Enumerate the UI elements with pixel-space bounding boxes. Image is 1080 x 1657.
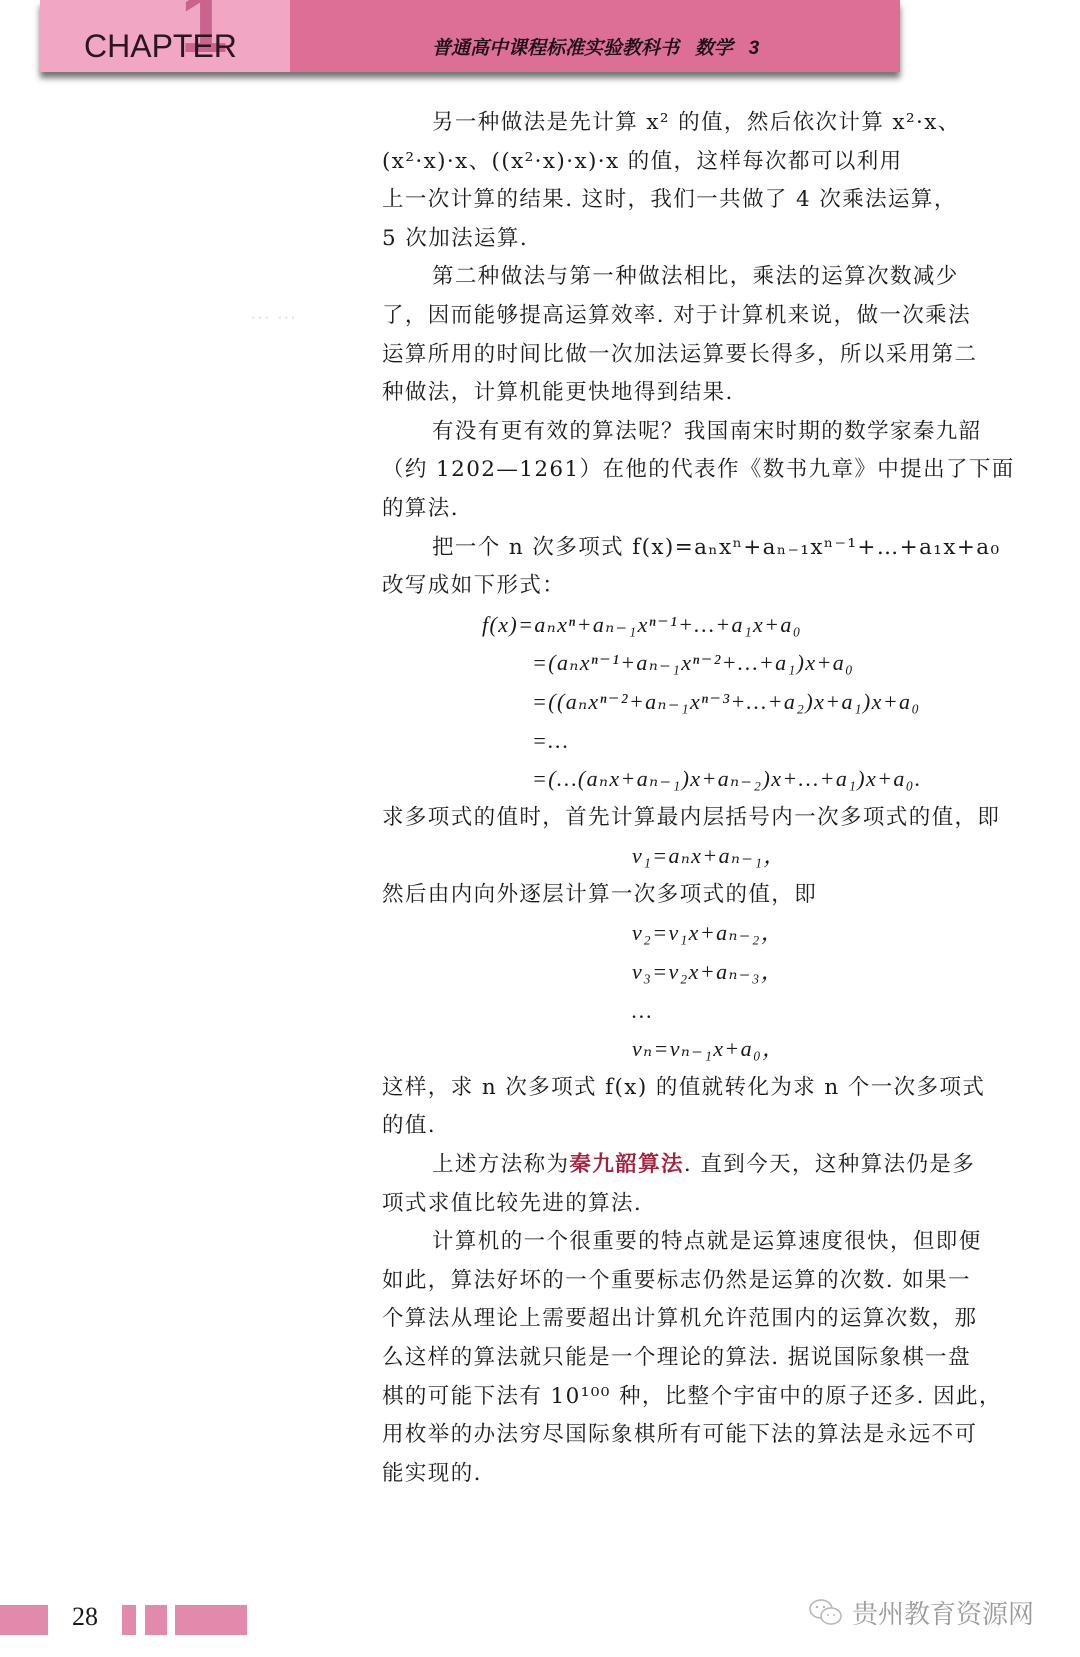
- horner-derivation: f(x)=aₙxⁿ+aₙ₋₁xⁿ⁻¹+…+a₁x+a₀ =(aₙxⁿ⁻¹+aₙ₋…: [382, 606, 1060, 799]
- paragraph-9: 计算机的一个很重要的特点就是运算速度很快，但即便 如此，算法好坏的一个重要标志仍…: [382, 1223, 1060, 1493]
- text-line: 能实现的.: [382, 1455, 1060, 1494]
- formula-line: =…: [382, 722, 1060, 761]
- text-line: 改写成如下形式：: [382, 567, 1060, 606]
- formula-line: …: [382, 992, 1060, 1031]
- v-sequence: v₂=v₁x+aₙ₋₂， v₃=v₂x+aₙ₋₃， … vₙ=vₙ₋₁x+a₀，: [382, 914, 1060, 1068]
- book-title: 普通高中课程标准实验教科书 数学 3: [432, 33, 759, 60]
- formula-line: =((aₙxⁿ⁻²+aₙ₋₁xⁿ⁻³+…+a₂)x+a₁)x+a₀: [382, 683, 1060, 722]
- text-line: 然后由内向外逐层计算一次多项式的值，即: [382, 876, 1060, 915]
- text-line: 求多项式的值时，首先计算最内层括号内一次多项式的值，即: [382, 799, 1060, 838]
- formula-line: =(aₙxⁿ⁻¹+aₙ₋₁xⁿ⁻²+…+a₁)x+a₀: [382, 644, 1060, 683]
- text-line: 第二种做法与第一种做法相比，乘法的运算次数减少: [382, 258, 1060, 297]
- watermark-text: 贵州教育资源网: [852, 1594, 1034, 1631]
- page-number: 28: [72, 1602, 98, 1632]
- footer-bar-small-2: [145, 1605, 167, 1635]
- text-line: (x²·x)·x、((x²·x)·x)·x 的值，这样每次都可以利用: [382, 143, 1060, 182]
- paragraph-3: 有没有更有效的算法呢？我国南宋时期的数学家秦九韶 （约 1202—1261）在他…: [382, 413, 1060, 529]
- text-line: 棋的可能下法有 10¹⁰⁰ 种，比整个宇宙中的原子还多. 因此，: [382, 1378, 1060, 1417]
- formula-line: v₃=v₂x+aₙ₋₃，: [382, 953, 1060, 992]
- text-line: 个算法从理论上需要超出计算机允许范围内的运算次数，那: [382, 1300, 1060, 1339]
- paragraph-4: 把一个 n 次多项式 f(x)=aₙxⁿ+aₙ₋₁xⁿ⁻¹+…+a₁x+a₀ 改…: [382, 529, 1060, 606]
- text-line: （约 1202—1261）在他的代表作《数书九章》中提出了下面: [382, 451, 1060, 490]
- chapter-header: 1 CHAPTER 普通高中课程标准实验教科书 数学 3: [40, 0, 900, 72]
- paragraph-1: 另一种做法是先计算 x² 的值，然后依次计算 x²·x、 (x²·x)·x、((…: [382, 104, 1060, 258]
- book-title-band: 普通高中课程标准实验教科书 数学 3: [290, 0, 900, 72]
- text-line: 这样，求 n 次多项式 f(x) 的值就转化为求 n 个一次多项式: [382, 1069, 1060, 1108]
- bleed-through-mark: ⋯ ⋯: [250, 305, 296, 329]
- text-line: 运算所用的时间比做一次加法运算要长得多，所以采用第二: [382, 336, 1060, 375]
- text-line: 了，因而能够提高运算效率. 对于计算机来说，做一次乘法: [382, 297, 1060, 336]
- text-span: 上述方法称为: [432, 1152, 569, 1177]
- formula-line: =(…(aₙx+aₙ₋₁)x+aₙ₋₂)x+…+a₁)x+a₀.: [382, 760, 1060, 799]
- text-line: 上述方法称为秦九韶算法. 直到今天，这种算法仍是多: [382, 1146, 1060, 1185]
- watermark: 贵州教育资源网: [808, 1594, 1034, 1631]
- formula-line: f(x)=aₙxⁿ+aₙ₋₁xⁿ⁻¹+…+a₁x+a₀: [382, 606, 1060, 645]
- paragraph-7: 这样，求 n 次多项式 f(x) 的值就转化为求 n 个一次多项式 的值.: [382, 1069, 1060, 1146]
- paragraph-2: 第二种做法与第一种做法相比，乘法的运算次数减少 了，因而能够提高运算效率. 对于…: [382, 258, 1060, 412]
- text-line: 上一次计算的结果. 这时，我们一共做了 4 次乘法运算，: [382, 181, 1060, 220]
- chapter-label: CHAPTER: [84, 28, 237, 65]
- text-line: 如此，算法好坏的一个重要标志仍然是运算的次数. 如果一: [382, 1262, 1060, 1301]
- formula-line: v₁=aₙx+aₙ₋₁，: [382, 837, 1060, 876]
- text-line: 种做法，计算机能更快地得到结果.: [382, 374, 1060, 413]
- formula-line: v₂=v₁x+aₙ₋₂，: [382, 914, 1060, 953]
- text-line: 有没有更有效的算法呢？我国南宋时期的数学家秦九韶: [382, 413, 1060, 452]
- formula-line: vₙ=vₙ₋₁x+a₀，: [382, 1030, 1060, 1069]
- text-line: 么这样的算法就只能是一个理论的算法. 据说国际象棋一盘: [382, 1339, 1060, 1378]
- text-line: 项式求值比较先进的算法.: [382, 1185, 1060, 1224]
- text-line: 的算法.: [382, 490, 1060, 529]
- footer-bar-left: [0, 1605, 48, 1635]
- text-line: 另一种做法是先计算 x² 的值，然后依次计算 x²·x、: [382, 104, 1060, 143]
- text-line: 用枚举的办法穷尽国际象棋所有可能下法的算法是永远不可: [382, 1416, 1060, 1455]
- footer-bar-wide: [175, 1605, 247, 1635]
- chapter-tab: 1 CHAPTER: [40, 0, 290, 72]
- key-term: 秦九韶算法: [569, 1152, 684, 1177]
- text-line: 的值.: [382, 1107, 1060, 1146]
- footer-bar-small-1: [122, 1605, 136, 1635]
- wechat-icon: [808, 1598, 844, 1628]
- page-body: 另一种做法是先计算 x² 的值，然后依次计算 x²·x、 (x²·x)·x、((…: [382, 104, 1060, 1493]
- text-line: 计算机的一个很重要的特点就是运算速度很快，但即便: [382, 1223, 1060, 1262]
- text-line: 把一个 n 次多项式 f(x)=aₙxⁿ+aₙ₋₁xⁿ⁻¹+…+a₁x+a₀: [382, 529, 1060, 568]
- text-span: . 直到今天，这种算法仍是多: [684, 1152, 975, 1177]
- text-line: 5 次加法运算.: [382, 220, 1060, 259]
- paragraph-8: 上述方法称为秦九韶算法. 直到今天，这种算法仍是多 项式求值比较先进的算法.: [382, 1146, 1060, 1223]
